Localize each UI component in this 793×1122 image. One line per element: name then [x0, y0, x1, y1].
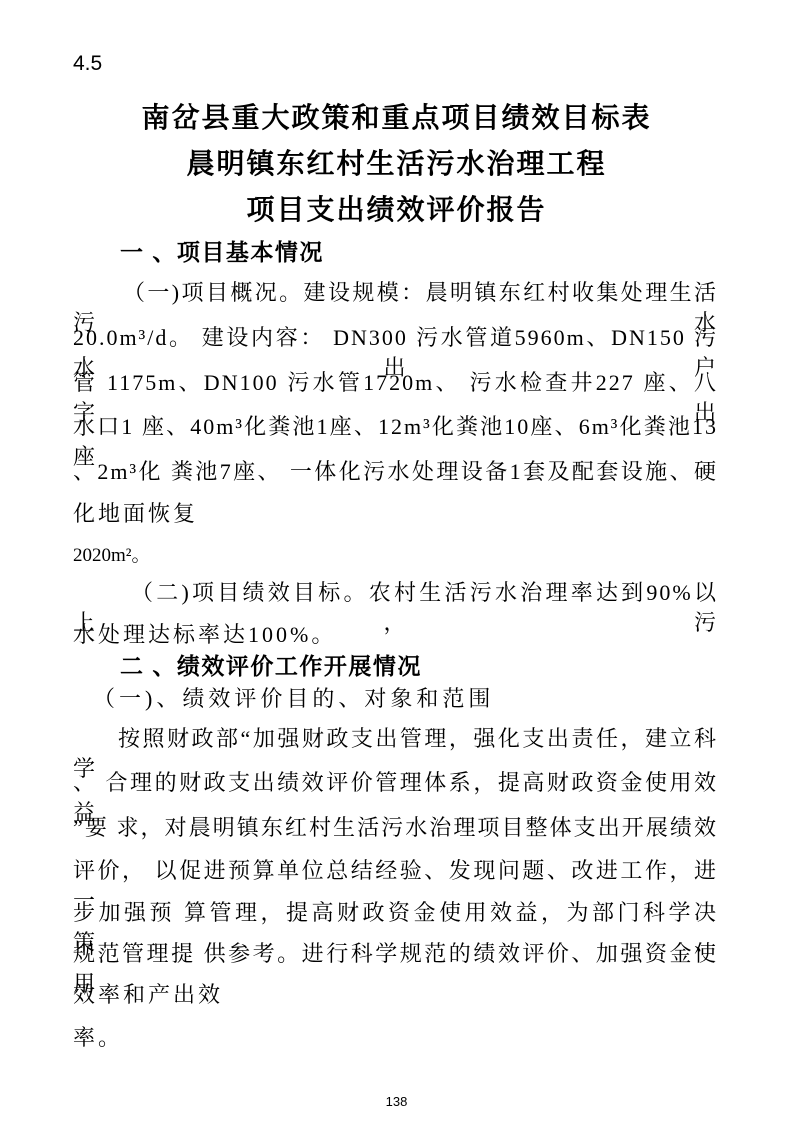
- document-title-line3: 项目支出绩效评价报告: [0, 190, 793, 230]
- section1-para1-line7: 2020m²。: [73, 541, 718, 571]
- section2-para1-line3: ”要 求，对晨明镇东红村生活污水治理项目整体支出开展绩效: [73, 813, 718, 843]
- section2-subheading: （一)、绩效评价目的、对象和范围: [73, 684, 718, 714]
- section2-heading: 二 、绩效评价工作开展情况: [73, 650, 720, 682]
- document-title-line1: 南岔县重大政策和重点项目绩效目标表: [0, 98, 793, 138]
- section1-para1-line5: 、2m³化 粪池7座、 一体化污水处理设备1套及配套设施、硬: [73, 457, 718, 487]
- document-page: 4.5 南岔县重大政策和重点项目绩效目标表 晨明镇东红村生活污水治理工程 项目支…: [0, 0, 793, 1122]
- section2-para1-line8: 率。: [73, 1023, 718, 1053]
- section-number: 4.5: [73, 52, 102, 76]
- section2-para1-line7: 效率和产出效: [73, 980, 718, 1010]
- section1-para1-line6: 化地面恢复: [73, 499, 718, 529]
- document-title-line2: 晨明镇东红村生活污水治理工程: [0, 144, 793, 184]
- section1-heading: 一 、项目基本情况: [73, 236, 720, 268]
- section1-para2-line2: 水处理达标率达100%。: [73, 620, 718, 650]
- page-number: 138: [0, 1094, 793, 1109]
